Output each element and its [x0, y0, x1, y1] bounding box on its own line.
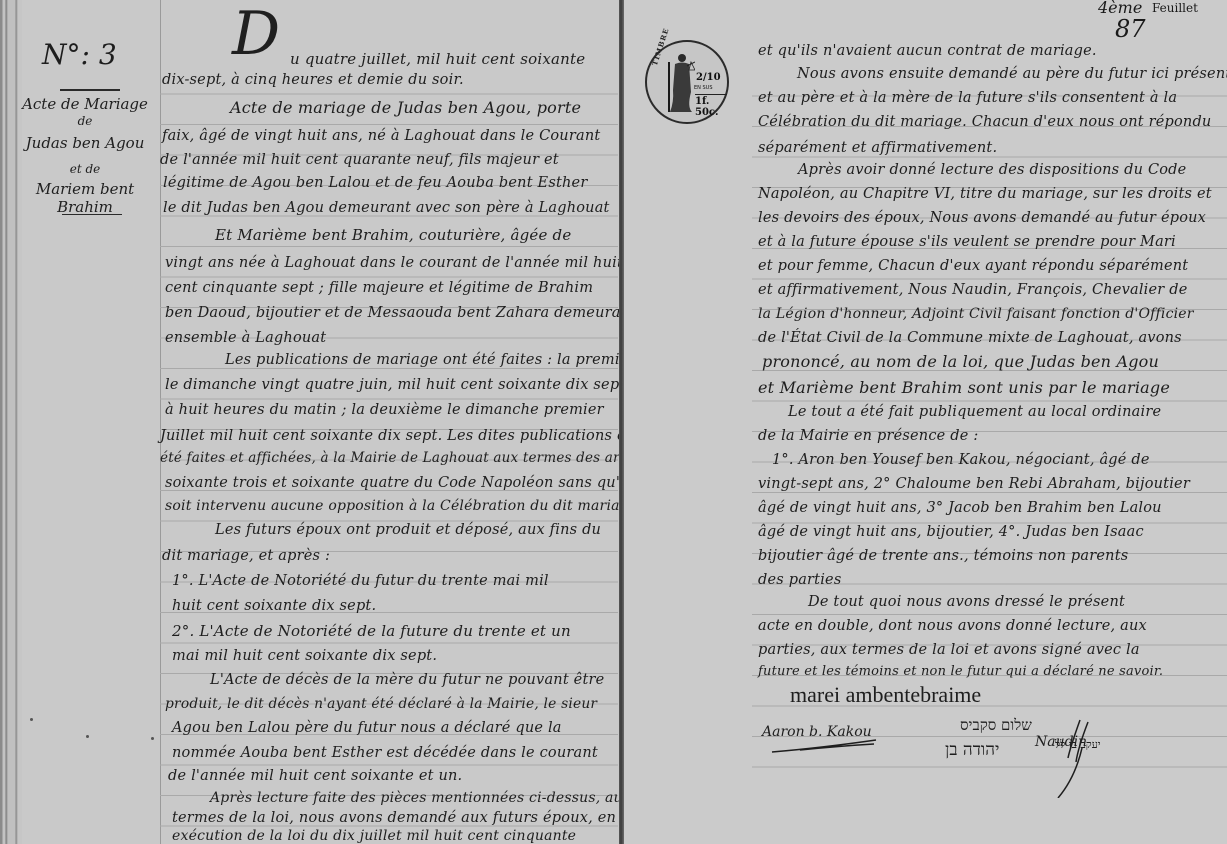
text-line: parties, aux termes de la loi et avons s… — [758, 642, 1140, 658]
text-line: ensemble à Laghouat — [165, 330, 326, 346]
text-line: 1°. Aron ben Yousef ben Kakou, négociant… — [772, 452, 1150, 468]
stamp-surcharge: 2/10 — [696, 72, 721, 83]
text-line: mai mil huit cent soixante dix sept. — [172, 648, 437, 664]
signature-flourish — [770, 736, 880, 756]
text-line: et pour femme, Chacun d'eux ayant répond… — [758, 258, 1188, 274]
text-line: et au père et à la mère de la future s'i… — [758, 90, 1177, 106]
margin-title-line: et de — [10, 162, 160, 176]
bride-signature: marei ambentebraime — [790, 682, 981, 708]
text-line: Les publications de mariage ont été fait… — [225, 352, 644, 368]
act-number: N°: 3 — [42, 38, 117, 71]
text-line: Juillet mil huit cent soixante dix sept.… — [160, 428, 641, 444]
text-line: séparément et affirmativement. — [758, 140, 997, 156]
text-line: le dimanche vingt quatre juin, mil huit … — [165, 377, 625, 393]
text-line: nommée Aouba bent Esther est décédée dan… — [172, 745, 598, 761]
text-line: de l'État Civil de la Commune mixte de L… — [758, 330, 1182, 346]
margin-title-line: Acte de Mariage — [10, 95, 160, 113]
text-line: vingt ans née à Laghouat dans le courant… — [165, 255, 623, 271]
text-line: de la Mairie en présence de : — [758, 428, 978, 444]
text-line: des parties — [758, 572, 841, 588]
text-line: ben Daoud, bijoutier et de Messaouda ben… — [165, 305, 636, 321]
text-line: huit cent soixante dix sept. — [172, 598, 376, 614]
folio-number: 87 — [1115, 15, 1146, 43]
text-line: exécution de la loi du dix juillet mil h… — [172, 828, 576, 844]
text-line: 1°. L'Acte de Notoriété du futur du tren… — [172, 573, 549, 589]
text-line: de l'année mil huit cent quarante neuf, … — [160, 152, 559, 168]
text-line: dix-sept, à cinq heures et demie du soir… — [162, 72, 464, 88]
text-line: Agou ben Lalou père du futur nous a décl… — [172, 720, 562, 736]
justice-figure-icon — [665, 52, 695, 114]
text-line: L'Acte de décès de la mère du futur ne p… — [210, 672, 604, 688]
paper-speck — [151, 737, 154, 740]
text-line: et affirmativement, Nous Naudin, Françoi… — [758, 282, 1188, 298]
left-page: N°: 3 Acte de Mariage de Judas ben Agou … — [0, 0, 622, 844]
text-line: été faites et affichées, à la Mairie de … — [160, 450, 657, 466]
paper-speck — [86, 735, 89, 738]
text-line: et à la future épouse s'ils veulent se p… — [758, 234, 1176, 250]
text-line: Acte de mariage de Judas ben Agou, porte — [230, 98, 581, 117]
sheet-label: Feuillet — [1152, 1, 1198, 15]
text-line: produit, le dit décès n'ayant été déclar… — [165, 696, 597, 712]
text-line: Le tout a été fait publiquement au local… — [788, 404, 1161, 420]
text-line: Les futurs époux ont produit et déposé, … — [215, 522, 601, 538]
text-line: soixante trois et soixante quatre du Cod… — [165, 475, 630, 491]
text-line: Napoléon, au Chapitre VI, titre du maria… — [758, 186, 1212, 202]
text-line: future et les témoins et non le futur qu… — [758, 664, 1163, 679]
text-line: acte en double, dont nous avons donné le… — [758, 618, 1147, 634]
text-line: soit intervenu aucune opposition à la Cé… — [165, 498, 637, 514]
hebrew-signature: יהודה בן — [945, 740, 999, 760]
text-line: Après lecture faite des pièces mentionné… — [210, 790, 631, 806]
text-line: cent cinquante sept ; fille majeure et l… — [165, 280, 593, 296]
decorated-initial: D — [232, 4, 280, 64]
paper-speck — [30, 718, 33, 721]
text-line: Nous avons ensuite demandé au père du fu… — [797, 66, 1227, 82]
text-line: et qu'ils n'avaient aucun contrat de mar… — [758, 43, 1097, 59]
stamp-surcharge-sub: EN SUS — [694, 85, 713, 91]
hebrew-signature: שלום סקביס — [960, 716, 1032, 735]
text-line: le dit Judas ben Agou demeurant avec son… — [163, 200, 610, 216]
margin-title-line: Judas ben Agou — [10, 134, 160, 152]
officer-signature-flourish — [1030, 718, 1110, 798]
text-line: dit mariage, et après : — [162, 548, 330, 564]
tax-stamp: TIMBRE 2/10 EN SUS 1f. 50c. — [645, 40, 729, 124]
text-line: à huit heures du matin ; la deuxième le … — [165, 402, 604, 418]
text-line: Célébration du dit mariage. Chacun d'eux… — [758, 114, 1211, 130]
margin-title-line: Mariem bent Brahim — [10, 180, 160, 216]
text-line: Après avoir donné lecture des dispositio… — [798, 162, 1186, 178]
text-line: âgé de vingt huit ans, bijoutier, 4°. Ju… — [758, 524, 1144, 540]
text-line: prononcé, au nom de la loi, que Judas be… — [762, 352, 1159, 371]
text-line: termes de la loi, nous avons demandé aux… — [172, 810, 616, 826]
text-line: u quatre juillet, mil huit cent soixante — [290, 50, 585, 68]
text-line: bijoutier âgé de trente ans., témoins no… — [758, 548, 1128, 564]
text-line: faix, âgé de vingt huit ans, né à Laghou… — [162, 128, 600, 144]
text-line: les devoirs des époux, Nous avons demand… — [758, 210, 1206, 226]
text-line: la Légion d'honneur, Adjoint Civil faisa… — [758, 306, 1194, 322]
text-line: et Marième bent Brahim sont unis par le … — [758, 378, 1170, 397]
text-line: de l'année mil huit cent soixante et un. — [168, 768, 462, 784]
text-line: Et Marième bent Brahim, couturière, âgée… — [215, 226, 571, 244]
margin-title-line: de — [10, 114, 160, 128]
stamp-value: 1f. 50c. — [695, 94, 727, 118]
text-line: légitime de Agou ben Lalou et de feu Aou… — [163, 175, 587, 191]
divider — [60, 89, 120, 91]
divider — [62, 214, 122, 215]
text-line: 2°. L'Acte de Notoriété de la future du … — [172, 622, 571, 640]
text-line: De tout quoi nous avons dressé le présen… — [808, 594, 1125, 610]
text-line: âgé de vingt huit ans, 3° Jacob ben Brah… — [758, 500, 1162, 516]
text-line: vingt-sept ans, 2° Chaloume ben Rebi Abr… — [758, 476, 1190, 492]
